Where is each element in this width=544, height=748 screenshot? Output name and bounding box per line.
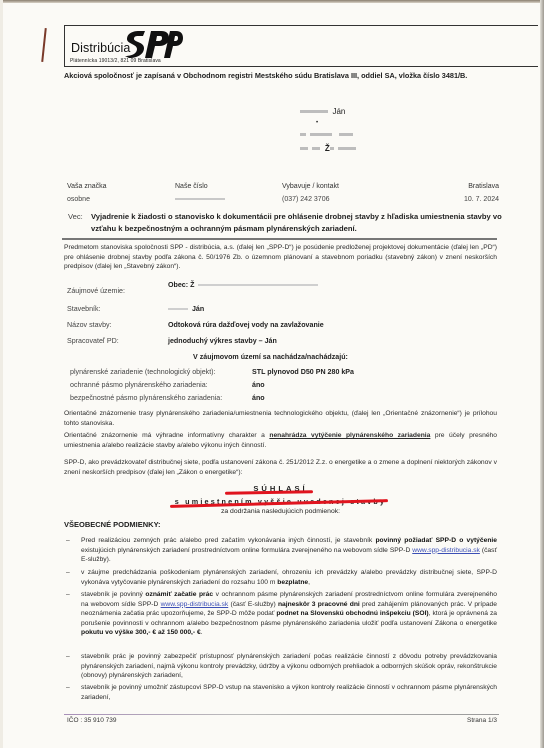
brand-word: Distribúcia [71,41,130,55]
dash-icon: – [66,536,70,546]
register-line: Akciová spoločnosť je zapísaná v Obchodn… [64,71,467,80]
decision-condition: za dodržania nasledujúcich podmienok: [64,508,497,515]
subject-text: Vyjadrenie k žiadosti o stanovisko k dok… [91,211,511,235]
date: 10. 7. 2024 [455,193,499,206]
meta-our-ref: Naše číslo [175,180,225,206]
contact-phone: (037) 242 3706 [282,193,339,206]
orientation-paragraph-1: Orientačné znázornenie trasy plynárenské… [64,409,497,428]
subject-label: Vec: [68,211,83,223]
meta-place-date: Bratislava 10. 7. 2024 [455,180,499,206]
builder-value: Ján [168,305,204,313]
general-conditions-title: VŠEOBECNÉ PODMIENKY: [64,520,161,529]
letterhead: Distribúcia Plátennícka 19013/2, 821 09 … [64,25,538,67]
page-number: Strana 1/3 [455,717,497,724]
pen-mark [41,28,47,62]
spp-website-link[interactable]: www.spp-distribucia.sk [412,547,480,554]
subject-divider [62,238,497,240]
dash-icon: – [66,590,70,600]
builder-label: Stavebník: [67,305,101,313]
dash-icon: – [66,652,70,662]
red-underline-verdict [225,490,313,495]
safety-zone-value: áno [252,394,265,402]
meta-contact: Vybavuje / kontakt (037) 242 3706 [282,180,339,206]
name-label: Názov stavby: [67,321,112,329]
scan-top-edge [0,0,544,3]
facility-value: STL plynovod D50 PN 280 kPa [252,368,354,376]
your-ref-value: osobne [67,193,107,206]
addressee-block: Ján • Ž [300,106,356,154]
scan-right-edge [540,0,544,748]
located-heading: V záujmovom území sa nachádza/nachádzajú… [193,353,348,361]
protection-zone-label: ochranné pásmo plynárenského zariadenia: [70,381,208,389]
author-label: Spracovateľ PD: [67,337,119,345]
author-value: jednoduchý výkres stavby – Ján [168,337,277,345]
scan-left-edge [0,0,3,748]
place: Bratislava [455,180,499,193]
dash-icon: – [66,568,70,578]
addressee-first-name: Ján [332,107,345,116]
spp-logo-icon [123,29,183,59]
facility-label: plynárenské zariadenie (technologický ob… [70,368,216,376]
meta-your-ref: Vaša značka osobne [67,180,107,206]
dash-icon: – [66,683,70,693]
area-value: Obec: Ž [168,281,318,289]
footer-divider [64,714,499,715]
no-substitute-emphasis: nenahrádza vytýčenie plynárenského zaria… [269,432,430,439]
name-value: Odtoková rúra dažďovej vody na zavlažova… [168,321,324,329]
law-paragraph: SPP-D, ako prevádzkovateľ distribučnej s… [64,458,497,477]
protection-zone-value: áno [252,381,265,389]
orientation-paragraph-2: Orientačné znázornenie má výhradne infor… [64,431,497,450]
company-address: Plátennícka 19013/2, 821 09 Bratislava [70,58,161,64]
company-id: IČO : 35 910 739 [67,717,117,724]
intro-paragraph: Predmetom stanoviska spoločnosti SPP - d… [64,243,497,272]
area-label: Záujmové územie: [67,287,125,295]
safety-zone-label: bezpečnostné pásmo plynárenského zariade… [70,394,222,402]
spp-website-link[interactable]: www.spp-distribucia.sk [161,601,229,608]
